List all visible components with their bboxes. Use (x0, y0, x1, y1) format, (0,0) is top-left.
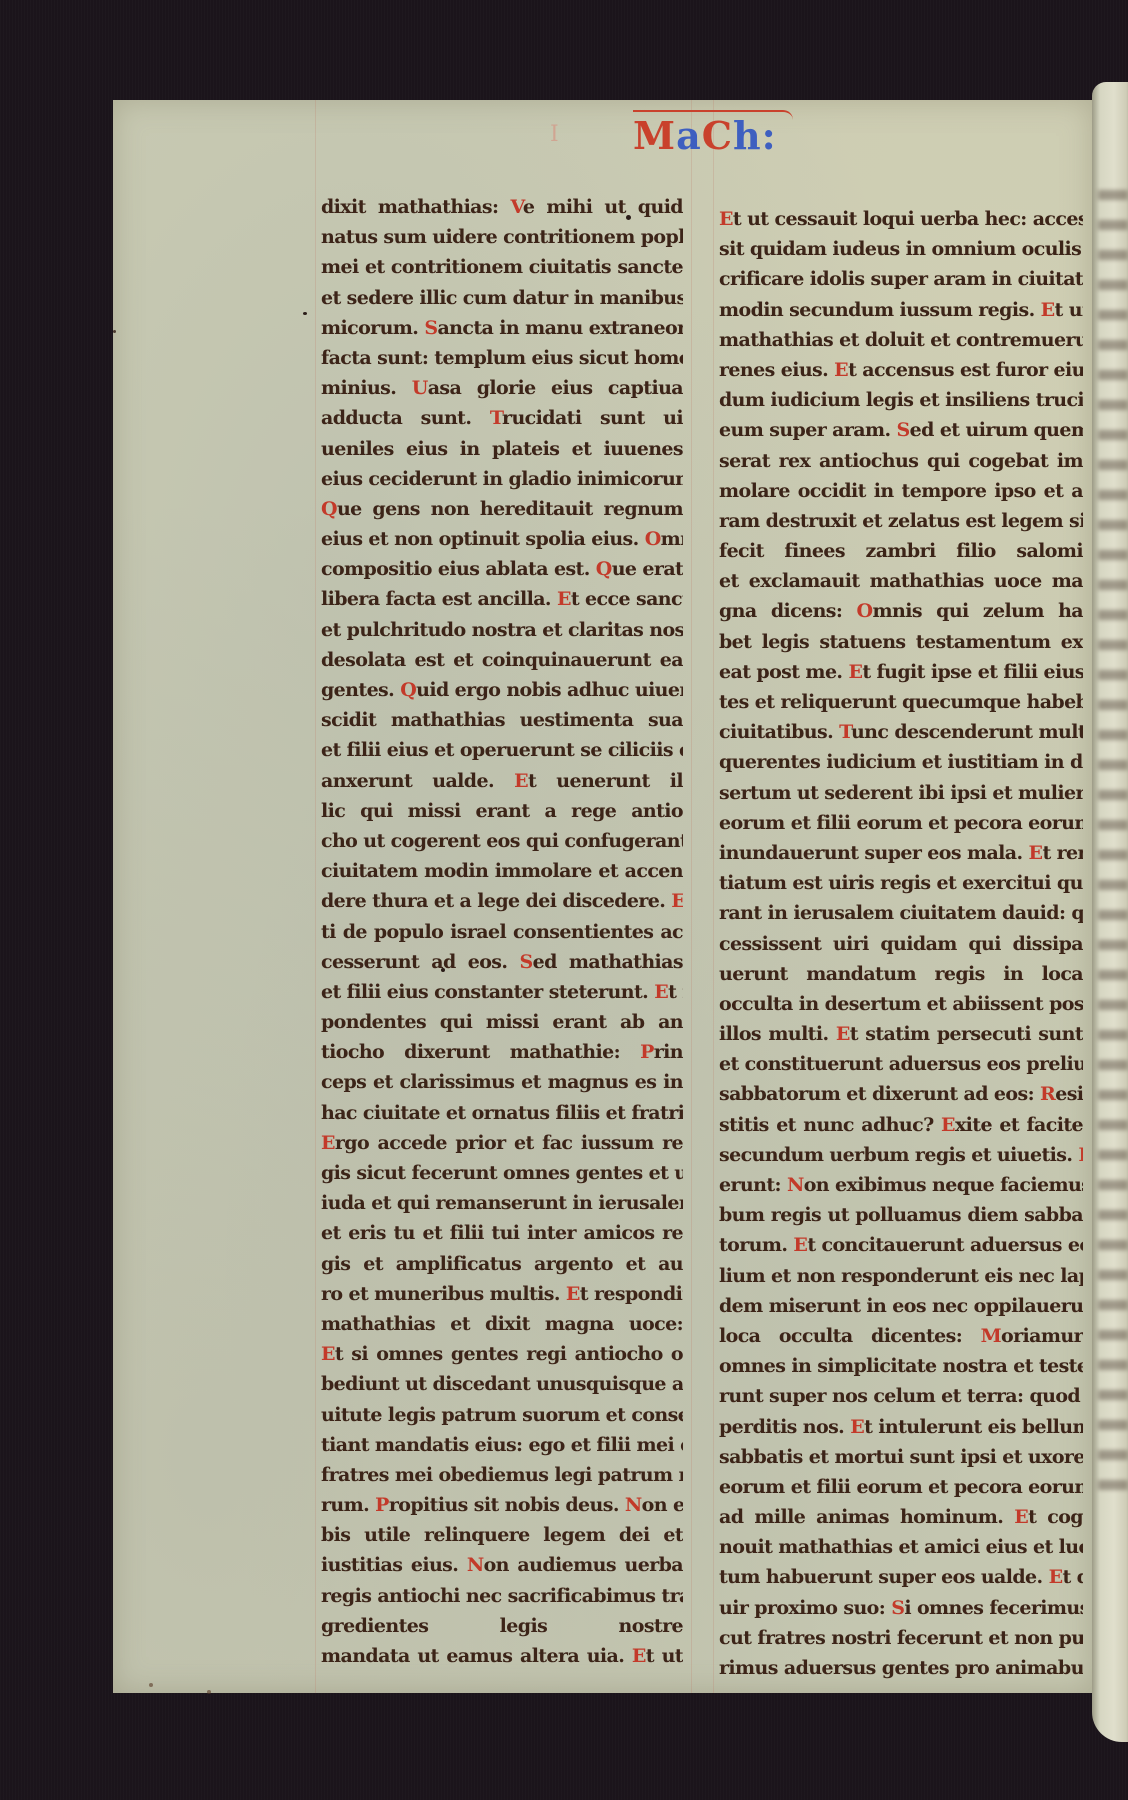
text-line: querentes iudicium et iustitiam in de (719, 747, 1083, 777)
header-letter: a (676, 113, 702, 158)
rubricated-initial: E (566, 1283, 580, 1305)
rubricated-initial: E (941, 1114, 955, 1136)
text-line: modin secundum iussum regis. Et uidit (719, 295, 1083, 325)
rubricated-initial: E (836, 1023, 850, 1045)
text-line: Et si omnes gentes regi antiocho o (321, 1339, 683, 1369)
text-line: eorum et filii eorum et pecora eorum: qu… (719, 808, 1083, 838)
text-line: nouit mathathias et amici eius et luc (719, 1532, 1083, 1562)
rubricated-initial: E (557, 588, 571, 610)
rubricated-initial: E (848, 661, 862, 683)
text-line: ram destruxit et zelatus est legem sic (719, 506, 1083, 536)
text-line: ti de populo israel consentientes ac (321, 917, 683, 947)
text-line: eius et non optinuit spolia eius. Omnis (321, 524, 683, 554)
text-line: regis antiochi nec sacrificabimus trans (321, 1581, 683, 1611)
text-line: et constituerunt aduersus eos prelium in… (719, 1049, 1083, 1079)
text-line: gentes. Quid ergo nobis adhuc uiuere. Et (321, 675, 683, 705)
text-line: bediunt ut discedant unusquisque a ser (321, 1369, 683, 1399)
header-letter: C (702, 113, 733, 158)
text-line: sabbatorum et dixerunt ad eos: Resi (719, 1079, 1083, 1109)
text-line: et filii eius et operuerunt se ciliciis … (321, 735, 683, 765)
text-line: rimus aduersus gentes pro animabus (719, 1653, 1083, 1683)
rubricated-initial: E (671, 890, 683, 912)
text-line: cesserunt ad eos. Sed mathathias (321, 947, 683, 977)
text-line: iustitias eius. Non audiemus uerba (321, 1550, 683, 1580)
text-line: tum habuerunt super eos ualde. Et dixit (719, 1562, 1083, 1592)
rubricated-initial: N (787, 1174, 804, 1196)
rubricated-initial: P (640, 1041, 654, 1063)
text-line: fecit finees zambri filio salomi (719, 536, 1083, 566)
text-line: micorum. Sancta in manu extraneorum (321, 313, 683, 343)
text-line: renes eius. Et accensus est furor eius s… (719, 355, 1083, 385)
text-line: gis et amplificatus argento et au (321, 1249, 683, 1279)
text-line: cho ut cogerent eos qui confugerant in (321, 826, 683, 856)
text-line: uir proximo suo: Si omnes fecerimus si (719, 1593, 1083, 1623)
ruling-line (691, 100, 692, 1693)
running-header-title: MaCh: (633, 114, 777, 158)
text-line: hac ciuitate et ornatus filiis et fratri… (321, 1098, 683, 1128)
text-line: fratres mei obediemus legi patrum nostro (321, 1460, 683, 1490)
text-line: scidit mathathias uestimenta sua (321, 705, 683, 735)
text-line: crificare idolis super aram in ciuitate (719, 264, 1083, 294)
rubricated-initial: V (510, 196, 522, 218)
text-line: cut fratres nostri fecerunt et non pugna… (719, 1623, 1083, 1653)
text-line: sabbatis et mortui sunt ipsi et uxores (719, 1442, 1083, 1472)
text-line: inundauerunt super eos mala. Et renun (719, 838, 1083, 868)
text-line: uerunt mandatum regis in loca (719, 959, 1083, 989)
rubricated-initial: E (850, 1416, 864, 1438)
rubricated-initial: M (981, 1325, 1001, 1347)
rubricated-initial: E (719, 208, 733, 230)
header-letter: : (762, 113, 777, 158)
text-line: eorum et filii eorum et pecora eorum usq… (719, 1472, 1083, 1502)
text-line: mandata ut eamus altera uia. Et ut (321, 1641, 683, 1671)
text-line: cessissent uiri quidam qui dissipa (719, 929, 1083, 959)
text-line: perditis nos. Et intulerunt eis bellum (719, 1412, 1083, 1442)
text-line: dere thura et a lege dei discedere. Et m… (321, 886, 683, 916)
text-line: libera facta est ancilla. Et ecce sancta… (321, 584, 683, 614)
rubricated-initial: E (834, 359, 848, 381)
text-line: Ergo accede prior et fac iussum re (321, 1128, 683, 1158)
ink-dot (113, 330, 116, 333)
rubricated-initial: E (1041, 299, 1055, 321)
text-line: et filii eius constanter steterunt. Et r… (321, 977, 683, 1007)
rubricated-initial: E (632, 1645, 646, 1667)
text-line: gna dicens: Omnis qui zelum ha (719, 596, 1083, 626)
text-line: omnes in simplicitate nostra et testes e (719, 1351, 1083, 1381)
rubricated-initial: S (897, 419, 910, 441)
rubricated-initial: Q (400, 679, 416, 701)
ink-dot (303, 312, 307, 315)
rubricated-initial: E (514, 770, 528, 792)
rubricated-initial: Q (321, 498, 337, 520)
text-line: mathathias et dixit magna uoce: (321, 1309, 683, 1339)
rubricated-initial: T (490, 407, 502, 429)
rubricated-initial: N (467, 1554, 484, 1576)
rubricated-initial: U (412, 377, 428, 399)
text-line: et pulchritudo nostra et claritas nostra (321, 615, 683, 645)
text-line: mei et contritionem ciuitatis sancte (321, 252, 683, 282)
rubricated-initial: S (519, 951, 532, 973)
rubricated-initial: E (654, 981, 668, 1003)
text-line: desolata est et coinquinauerunt ea (321, 645, 683, 675)
rubricated-initial: E (1014, 1506, 1028, 1528)
text-line: et exclamauit mathathias uoce ma (719, 566, 1083, 596)
text-line: ueniles eius in plateis et iuuenes (321, 434, 683, 464)
text-line: dum iudicium legis et insiliens trucidau… (719, 385, 1083, 415)
text-line: loca occulta dicentes: Moriamur (719, 1321, 1083, 1351)
text-line: rum. Propitius sit nobis deus. Non est n… (321, 1490, 683, 1520)
ruling-line (713, 100, 714, 1693)
text-line: sertum ut sederent ibi ipsi et mulieres (719, 778, 1083, 808)
text-line: et eris tu et filii tui inter amicos re (321, 1218, 683, 1248)
ruling-line (315, 100, 316, 1693)
adjacent-page-text-blur (1098, 190, 1128, 1490)
text-line: bet legis statuens testamentum ex (719, 627, 1083, 657)
manuscript-page: I MaCh: dixit mathathias: Ve mihi ut qui… (113, 100, 1092, 1693)
text-line: minius. Uasa glorie eius captiua (321, 373, 683, 403)
text-line: et sedere illic cum datur in manibus ini (321, 283, 683, 313)
rubricated-initial: R (1040, 1083, 1055, 1105)
rubricated-initial: S (891, 1597, 904, 1619)
text-line: facta sunt: templum eius sicut homo igno (321, 343, 683, 373)
text-line: ceps et clarissimus et magnus es in (321, 1067, 683, 1097)
text-line: Que gens non hereditauit regnum (321, 494, 683, 524)
text-line: tiocho dixerunt mathathie: Prin (321, 1037, 683, 1067)
rubricated-initial: E (1078, 1144, 1083, 1166)
text-line: molare occidit in tempore ipso et a (719, 476, 1083, 506)
ink-dot (626, 215, 631, 220)
text-line: sit quidam iudeus in omnium oculis sa (719, 234, 1083, 264)
text-line: gis sicut fecerunt omnes gentes et uiri (321, 1158, 683, 1188)
stain-spot (207, 1690, 211, 1694)
text-line: serat rex antiochus qui cogebat im (719, 446, 1083, 476)
text-line: torum. Et concitauerunt aduersus eos pre (719, 1230, 1083, 1260)
header-letter: M (633, 113, 676, 158)
text-line: ciuitatem modin immolare et accen (321, 856, 683, 886)
text-line: natus sum uidere contritionem popli (321, 222, 683, 252)
rubricated-initial: P (375, 1494, 389, 1516)
text-line: ciuitatibus. Tunc descenderunt multi (719, 717, 1083, 747)
text-line: tiatum est uiris regis et exercitui qui … (719, 868, 1083, 898)
text-line: erunt: Non exibimus neque faciemus uer (719, 1170, 1083, 1200)
rubricated-initial: Q (596, 558, 612, 580)
text-line: Et ut cessauit loqui uerba hec: accessit (719, 204, 1083, 234)
rubricated-initial: T (839, 721, 851, 743)
text-column-right: Et ut cessauit loqui uerba hec: accessit… (719, 204, 1083, 1683)
running-header: I MaCh: (113, 108, 1092, 164)
rubricated-initial: E (321, 1132, 335, 1154)
text-line: anxerunt ualde. Et uenerunt il (321, 766, 683, 796)
text-line: mathathias et doluit et contremuerunt (719, 325, 1083, 355)
rubricated-initial: S (424, 317, 437, 339)
stain-spot (149, 1683, 153, 1687)
text-line: illos multi. Et statim persecuti sunt (719, 1019, 1083, 1049)
rubricated-initial: E (321, 1343, 335, 1365)
text-line: occulta in desertum et abiissent post (719, 989, 1083, 1019)
text-line: stitis et nunc adhuc? Exite et facite (719, 1110, 1083, 1140)
text-line: pondentes qui missi erant ab an (321, 1007, 683, 1037)
text-line: lium et non responderunt eis nec lapi (719, 1261, 1083, 1291)
text-line: dem miserunt in eos nec oppilauerunt (719, 1291, 1083, 1321)
rubricated-initial: E (793, 1234, 807, 1256)
rubricated-initial: E (1029, 842, 1043, 864)
text-line: tiant mandatis eius: ego et filii mei et (321, 1430, 683, 1460)
rubricated-initial: E (1049, 1566, 1063, 1588)
text-line: gredientes legis nostre (321, 1611, 683, 1641)
text-line: bum regis ut polluamus diem sabba (719, 1200, 1083, 1230)
text-line: eat post me. Et fugit ipse et filii eius… (719, 657, 1083, 687)
text-line: runt super nos celum et terra: quod iniu… (719, 1381, 1083, 1411)
rubricated-initial: O (857, 600, 873, 622)
text-line: tes et reliquerunt quecumque habebant in (719, 687, 1083, 717)
text-line: uitute legis patrum suorum et consen (321, 1400, 683, 1430)
text-line: rant in ierusalem ciuitatem dauid: quoni… (719, 898, 1083, 928)
text-line: ad mille animas hominum. Et cog (719, 1502, 1083, 1532)
text-line: iuda et qui remanserunt in ierusalem: (321, 1188, 683, 1218)
text-line: compositio eius ablata est. Que erat (321, 554, 683, 584)
text-column-left: dixit mathathias: Ve mihi ut quidnatus s… (321, 192, 683, 1671)
text-line: bis utile relinquere legem dei et (321, 1520, 683, 1550)
text-line: eius ceciderunt in gladio inimicorum. (321, 464, 683, 494)
ink-dot (441, 968, 445, 972)
text-line: lic qui missi erant a rege antio (321, 796, 683, 826)
rubricated-initial: N (625, 1494, 642, 1516)
header-letter: h (733, 113, 762, 158)
rubricated-initial: O (645, 528, 661, 550)
text-line: secundum uerbum regis et uiuetis. Et dix (719, 1140, 1083, 1170)
text-line: eum super aram. Sed et uirum quem mi (719, 415, 1083, 445)
book-numeral: I (550, 122, 559, 147)
text-line: adducta sunt. Trucidati sunt ui (321, 403, 683, 433)
text-line: ro et muneribus multis. Et respondit (321, 1279, 683, 1309)
